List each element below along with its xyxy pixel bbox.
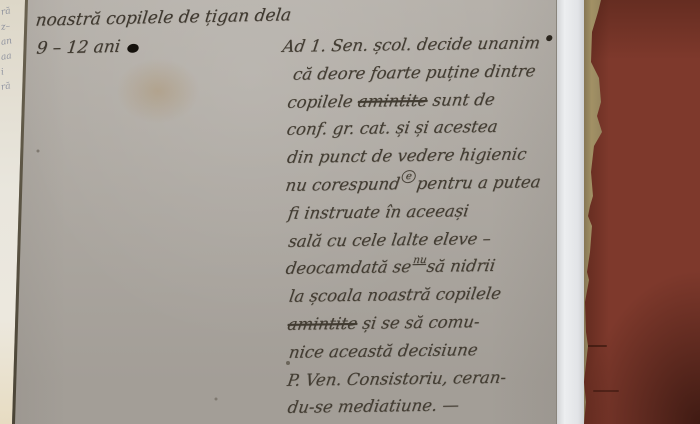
top-left-note: noastră copilele de țigan dela9 – 12 ani… [33, 1, 290, 64]
handwriting-text: pentru a putea [415, 172, 542, 193]
manuscript-photo: noastră copilele de țigan dela9 – 12 ani… [0, 0, 700, 424]
handwriting-text: să nidrii [425, 256, 496, 276]
handwriting-line: Ad 1. Sen. școl. decide unanim● [281, 24, 555, 61]
handwriting-circle: e [401, 170, 417, 183]
manuscript-page: noastră copilele de țigan dela9 – 12 ani… [0, 0, 557, 424]
handwriting-text: Ad 1. Sen. școl. decide unanim [281, 33, 541, 56]
handwriting-text: i [0, 67, 4, 77]
book-cover [575, 0, 700, 424]
handwriting-line: nice această decisiune [287, 335, 558, 367]
handwriting-text: că deore foarte puține dintre [292, 61, 537, 83]
handwriting-text: ră [0, 81, 11, 92]
handwriting-text: P. Ven. Consistoriu, ceran- [286, 367, 507, 389]
page-right-white-edge [553, 0, 584, 424]
body-text-block: Ad 1. Sen. școl. decide unanim●că deore … [280, 24, 555, 422]
handwriting-blot: ● [125, 36, 141, 62]
handwriting-text: nu corespund [284, 174, 401, 195]
handwriting-text: z– [0, 21, 11, 32]
handwriting-text: și se să comu- [356, 312, 481, 333]
handwriting-text: noastră copilele de țigan dela [34, 5, 292, 30]
handwriting-text: 9 – 12 ani [35, 37, 121, 59]
handwriting-text: aa [0, 51, 12, 63]
handwriting-text: fi instruate în aceeași [287, 201, 470, 223]
handwriting-strike: amintite [286, 314, 358, 334]
handwriting-line: copilele amintite sunt de [285, 85, 554, 117]
handwriting-text: copilele [286, 91, 359, 111]
handwriting-line: ră [0, 77, 26, 96]
handwriting-text: conf. gr. cat. și și acestea [286, 117, 499, 139]
handwriting-line: din punct de vedere higienic [285, 140, 555, 172]
handwriting-text: du-se mediatiune. — [286, 396, 460, 417]
handwriting-text: nice această decisiune [288, 340, 479, 362]
handwriting-text: la școala noastră copilele [288, 284, 502, 306]
paper-stain [116, 58, 200, 124]
handwriting-text: din punct de vedere higienic [286, 145, 528, 167]
handwriting-line: fi instruate în aceeași [286, 196, 556, 228]
handwriting-line: la școala noastră copilele [287, 279, 557, 311]
handwriting-line: că deore foarte puține dintre [291, 57, 554, 88]
handwriting-text: an [0, 36, 13, 48]
margin-scribbles: răz–anaairă [1, 4, 25, 94]
handwriting-strike: amintite [357, 90, 429, 110]
handwriting-text: ră [0, 6, 11, 17]
cover-corner-shadow [580, 264, 700, 424]
cover-scratch [587, 345, 607, 347]
handwriting-text: sală cu cele lalte eleve – [287, 229, 492, 251]
handwriting-line: du-se mediatiune. — [286, 390, 559, 422]
handwriting-sup: nu [412, 255, 427, 265]
handwriting-text: deocamdată se [285, 257, 413, 278]
handwriting-line: conf. gr. cat. și și acestea [285, 112, 555, 144]
handwriting-line: deocamdată senusă nidrii [284, 251, 557, 283]
handwriting-line: P. Ven. Consistoriu, ceran- [285, 363, 558, 395]
cover-scratch [593, 390, 619, 392]
handwriting-text: sunt de [426, 89, 496, 109]
handwriting-line: sală cu cele lalte eleve – [286, 224, 556, 256]
handwriting-line: amintite și se să comu- [286, 307, 558, 339]
handwriting-line: nu corespundepentru a putea [284, 168, 556, 200]
handwriting-line: 9 – 12 ani● [35, 29, 294, 64]
